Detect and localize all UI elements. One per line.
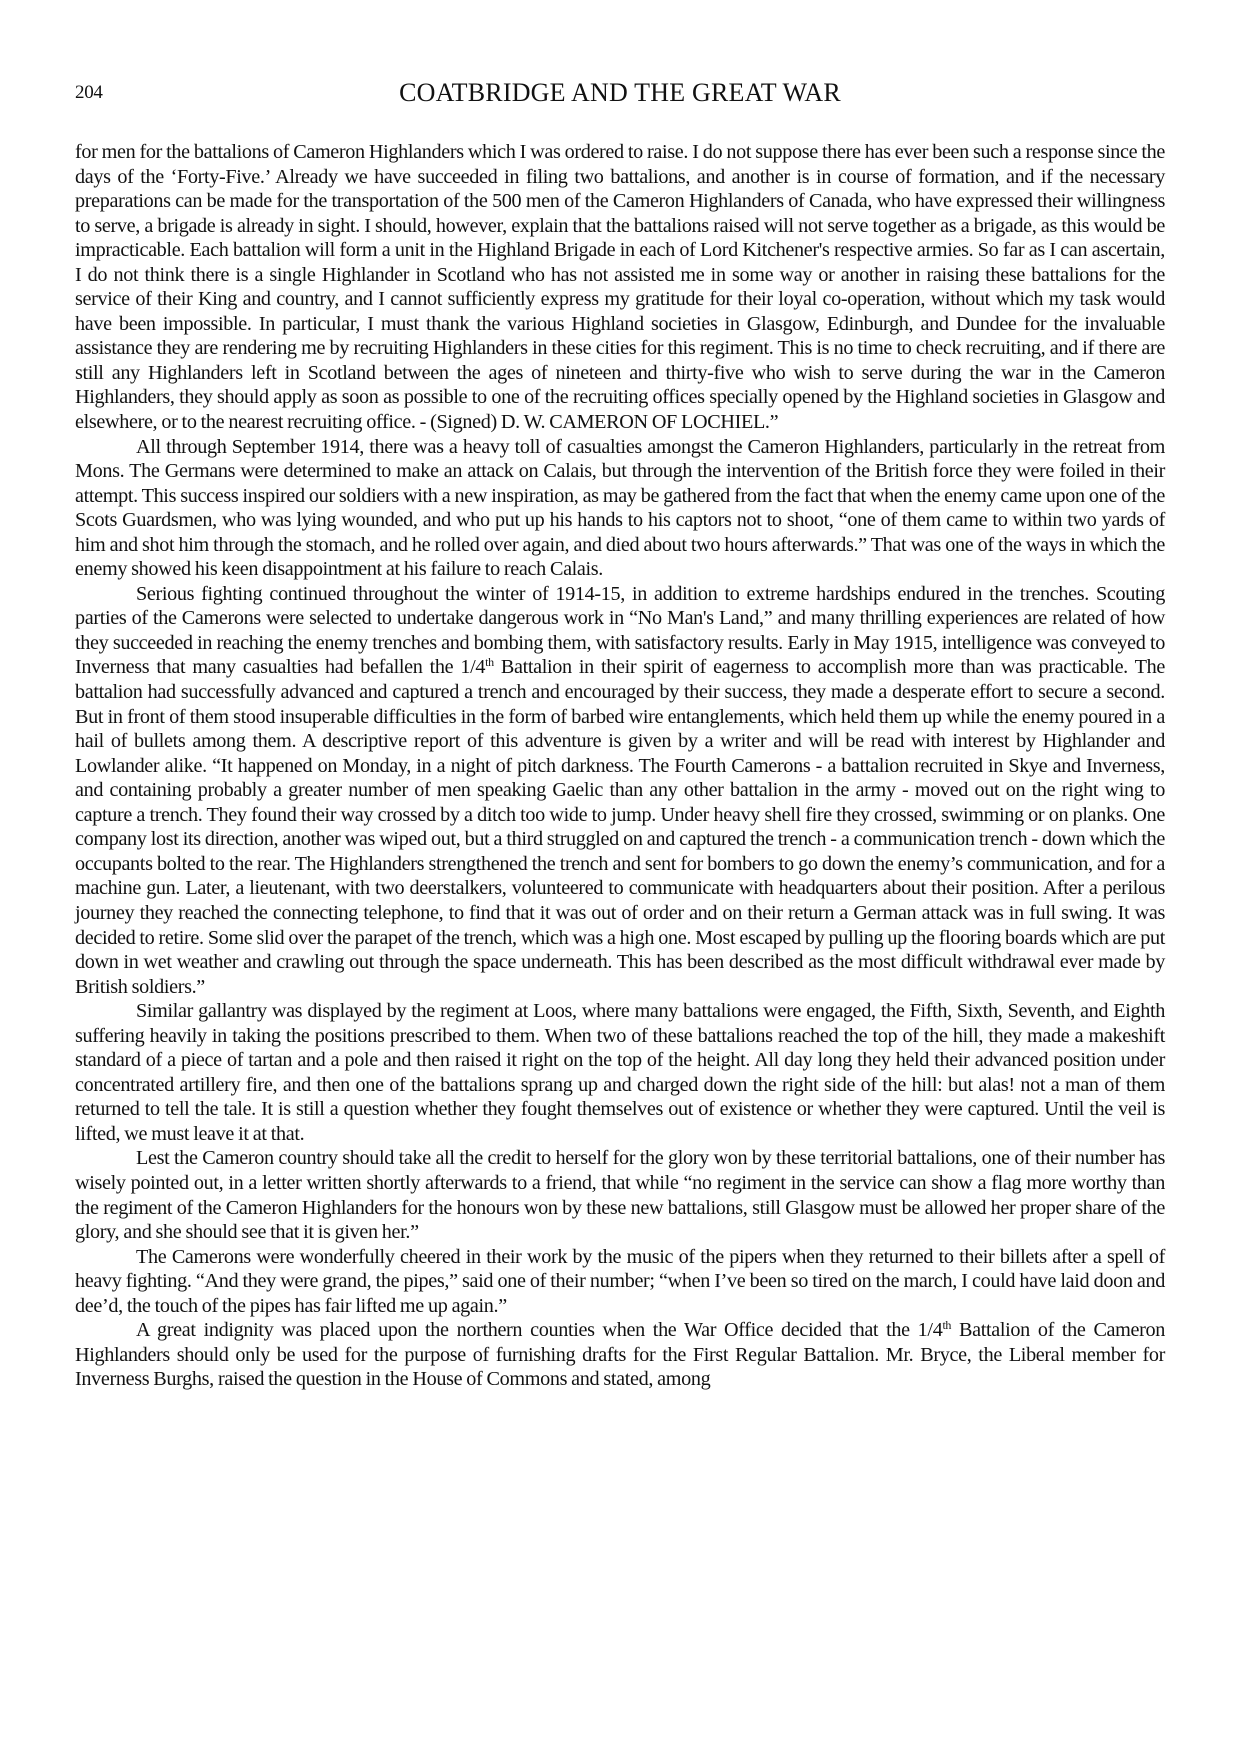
paragraph-war-office: A great indignity was placed upon the no… <box>75 1318 1165 1392</box>
running-header: 204 COATBRIDGE AND THE GREAT WAR <box>75 78 1165 108</box>
paragraph-glasgow-share: Lest the Cameron country should take all… <box>75 1146 1165 1244</box>
paragraph-september-1914: All through September 1914, there was a … <box>75 435 1165 582</box>
ordinal-suffix: th <box>942 1318 951 1332</box>
paragraph-letter-continuation: for men for the battalions of Cameron Hi… <box>75 140 1165 435</box>
paragraph-text: Battalion in their spirit of eagerness t… <box>75 656 1165 997</box>
paragraph-winter-1914-15: Serious fighting continued throughout th… <box>75 582 1165 999</box>
body-text: for men for the battalions of Cameron Hi… <box>75 140 1165 1392</box>
paragraph-loos: Similar gallantry was displayed by the r… <box>75 999 1165 1146</box>
paragraph-pipers: The Camerons were wonderfully cheered in… <box>75 1245 1165 1319</box>
book-title: COATBRIDGE AND THE GREAT WAR <box>75 78 1165 108</box>
ordinal-suffix: th <box>485 655 494 669</box>
paragraph-text: A great indignity was placed upon the no… <box>136 1319 942 1341</box>
